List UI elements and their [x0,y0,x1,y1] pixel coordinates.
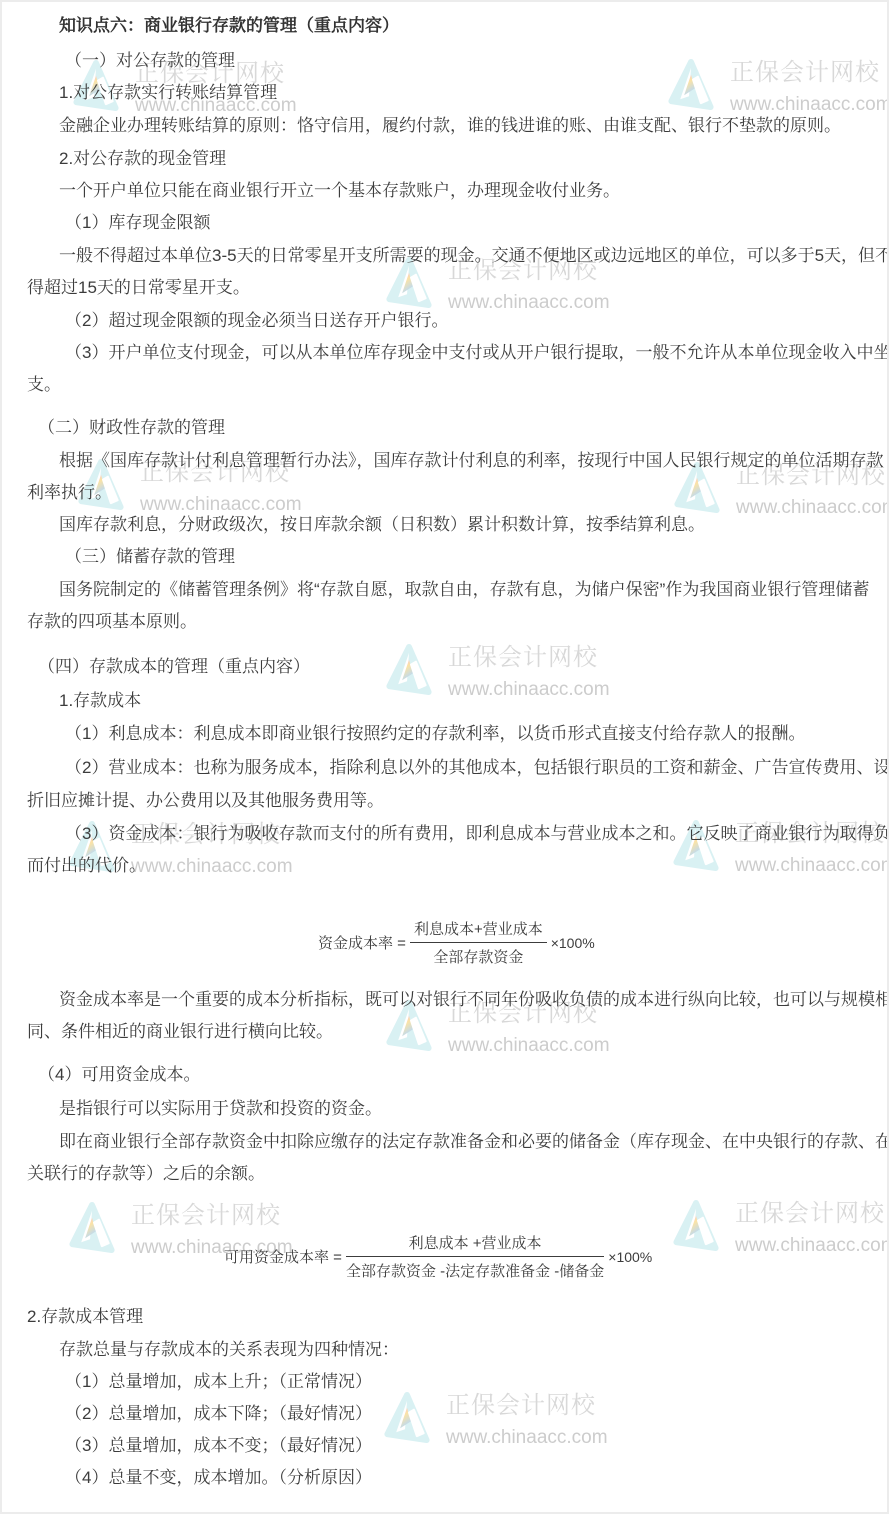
text-line: （1）总量增加，成本上升；（正常情况） [65,1372,372,1392]
watermark-url-text: www.chinaacc.com [446,1427,608,1448]
text-line: 存款的四项基本原则。 [27,612,197,632]
text-line: 国务院制定的《储蓄管理条例》将“存款自愿，取款自由，存款有息，为储户保密”作为我… [59,580,869,600]
text-line: （2）超过现金限额的现金必须当日送存开户银行。 [65,311,448,331]
text-line: 2.存款成本管理 [27,1307,143,1327]
text-line: 根据《国库存款计付利息管理暂行办法》，国库存款计付利息的利率，按现行中国人民银行… [59,451,884,471]
chinaacc-logo-icon [672,1199,720,1253]
formula-label: 可用资金成本率 = [224,1246,342,1267]
chinaacc-logo-icon [385,643,433,697]
text-line: （3）资金成本：银行为吸收存款而支付的所有费用，即利息成本与营业成本之和。它反映… [65,824,889,844]
watermark-text: 正保会计网校 www.chinaacc.com [446,1391,608,1448]
text-line: 得超过15天的日常零星开支。 [27,278,250,298]
text-line: （4）总量不变，成本增加。（分析原因） [65,1468,372,1488]
formula-multiplier: ×100% [551,935,595,951]
formula-label: 资金成本率 = [318,932,406,953]
text-line: 是指银行可以实际用于贷款和投资的资金。 [59,1099,382,1119]
document-page: 正保会计网校 www.chinaacc.com 正保会计网校 www.china… [0,0,889,1514]
text-line: 1.存款成本 [59,691,141,711]
formula-denominator: 全部存款资金 -法定存款准备金 -储备金 [346,1257,604,1281]
watermark-url-text: www.chinaacc.com [140,494,302,515]
text-line: 而付出的代价。 [27,856,146,876]
formula-numerator: 利息成本 +营业成本 [346,1232,604,1257]
page-title: 知识点六：商业银行存款的管理（重点内容） [59,16,399,36]
formula-fraction: 利息成本+营业成本 全部存款资金 [410,918,547,967]
text-line: 国库存款利息，分财政级次，按日库款余额（日积数）累计积数计算，按季结算利息。 [59,515,705,535]
watermark-url-text: www.chinaacc.com [736,497,889,518]
text-line: （2）总量增加，成本下降；（最好情况） [65,1404,372,1424]
text-line: 关联行的存款等）之后的余额。 [27,1164,265,1184]
text-line: 存款总量与存款成本的关系表现为四种情况： [59,1340,399,1360]
watermark-url-text: www.chinaacc.com [448,679,610,700]
text-line: （一）对公存款的管理 [65,51,235,71]
formula-multiplier: ×100% [608,1249,652,1265]
text-line: （3）开户单位支付现金，可以从本单位库存现金中支付或从开户银行提取，一般不允许从… [65,343,889,363]
chinaacc-logo-icon [667,58,715,112]
text-line: （四）存款成本的管理（重点内容） [38,657,310,677]
text-line: （1）利息成本：利息成本即商业银行按照约定的存款利率，以货币形式直接支付给存款人… [65,724,805,744]
text-line: 同、条件相近的商业银行进行横向比较。 [27,1022,333,1042]
watermark-brand-text: 正保会计网校 [131,1203,293,1229]
text-line: 一般不得超过本单位3-5天的日常零星开支所需要的现金。交通不便地区或边远地区的单… [59,246,889,266]
watermark-url-text: www.chinaacc.com [448,1035,610,1056]
text-line: 利率执行。 [27,483,112,503]
text-line: 一个开户单位只能在商业银行开立一个基本存款账户，办理现金收付业务。 [59,181,620,201]
watermark-url-text: www.chinaacc.com [730,94,889,115]
watermark-brand-text: 正保会计网校 [448,645,610,671]
text-line: 2.对公存款的现金管理 [59,149,226,169]
watermark: 正保会计网校 www.chinaacc.com [383,1391,608,1448]
text-line: （2）营业成本：也称为服务成本，指除利息以外的其他成本，包括银行职员的工资和薪金… [65,758,889,778]
text-line: 1.对公存款实行转账结算管理 [59,83,277,103]
text-line: （二）财政性存款的管理 [38,418,225,438]
text-line: 金融企业办理转账结算的原则：恪守信用，履约付款，谁的钱进谁的账、由谁支配、银行不… [59,116,841,136]
text-line: （4）可用资金成本。 [38,1065,200,1085]
watermark-url-text: www.chinaacc.com [131,856,293,877]
text-line: （三）储蓄存款的管理 [65,547,235,567]
watermark: 正保会计网校 www.chinaacc.com [667,58,889,115]
text-line: （1）库存现金限额 [65,213,210,233]
watermark: 正保会计网校 www.chinaacc.com [672,1199,889,1256]
watermark-brand-text: 正保会计网校 [730,60,889,86]
watermark: 正保会计网校 www.chinaacc.com [385,643,610,700]
text-line: 折旧应摊计提、办公费用以及其他服务费用等。 [27,791,384,811]
text-line: 支。 [27,375,61,395]
chinaacc-logo-icon [383,1391,431,1445]
watermark-text: 正保会计网校 www.chinaacc.com [730,58,889,115]
formula-available-funds-cost-rate: 可用资金成本率 = 利息成本 +营业成本 全部存款资金 -法定存款准备金 -储备… [224,1232,652,1281]
text-line: （3）总量增加，成本不变；（最好情况） [65,1436,372,1456]
watermark-brand-text: 正保会计网校 [446,1393,608,1419]
text-line: 资金成本率是一个重要的成本分析指标，既可以对银行不同年份吸收负债的成本进行纵向比… [59,990,889,1010]
watermark-text: 正保会计网校 www.chinaacc.com [735,1199,889,1256]
watermark-text: 正保会计网校 www.chinaacc.com [448,643,610,700]
watermark-url-text: www.chinaacc.com [735,855,889,876]
chinaacc-logo-icon [68,1201,116,1255]
formula-numerator: 利息成本+营业成本 [410,918,547,943]
watermark-url-text: www.chinaacc.com [448,292,610,313]
text-line: 即在商业银行全部存款资金中扣除应缴存的法定存款准备金和必要的储备金（库存现金、在… [59,1132,889,1152]
formula-fraction: 利息成本 +营业成本 全部存款资金 -法定存款准备金 -储备金 [346,1232,604,1281]
watermark-brand-text: 正保会计网校 [735,1201,889,1227]
formula-funds-cost-rate: 资金成本率 = 利息成本+营业成本 全部存款资金 ×100% [318,918,595,967]
watermark-url-text: www.chinaacc.com [735,1235,889,1256]
formula-denominator: 全部存款资金 [410,943,547,967]
